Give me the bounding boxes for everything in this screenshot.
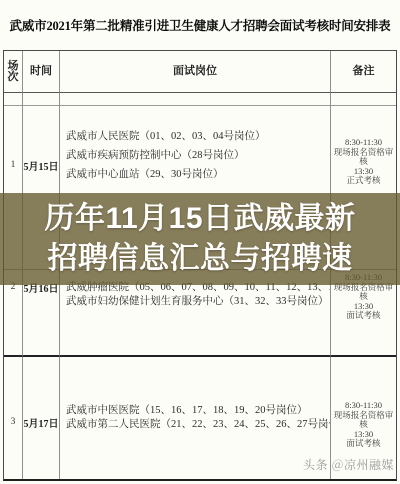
watermark: 头条 ＠凉州融媒 [303,456,394,473]
position-line: 武威市第二人民医院（21、22、23、24、25、26、27号岗位） [66,418,327,432]
position-line: 武威市妇幼保健计划生育服务中心（31、32、33号岗位） [66,295,327,309]
header-session: 场次 [4,51,23,93]
header-time: 时间 [23,51,60,93]
position-line: 武威市中医医院（15、16、17、18、19、20号岗位） [66,404,327,418]
headline-overlay: 历年11月15日武威最新 招聘信息汇总与招聘速 [0,193,400,285]
position-line: 武威市中心血站（29、30号岗位） [66,165,327,184]
spacer-cell [23,93,60,106]
header-remark: 备注 [331,51,396,93]
header-session-label: 场次 [8,61,19,83]
row3-time: 5月17日 [23,357,60,479]
row3-positions: 武威市中医医院（15、16、17、18、19、20号岗位） 武威市第二人民医院（… [60,357,331,479]
remark-line: 现场报名资格审核 [331,283,396,302]
remark-line: 现场报名资格审核 [331,411,396,430]
spacer-cell [60,93,331,106]
position-line: 武威市疾病预防控制中心（28号岗位） [66,146,327,165]
position-line: 武威市人民医院（01、02、03、04号岗位） [66,127,327,146]
headline-line1: 历年11月15日武威最新 [44,199,355,239]
remark-line: 正式考核 [331,176,396,186]
document-title: 武威市2021年第二批精准引进卫生健康人才招聘会面试考核时间安排表 [0,0,400,50]
remark-line: 现场报名资格审核 [331,148,396,167]
spacer-cell [331,93,396,106]
headline-line2: 招聘信息汇总与招聘速 [48,239,353,279]
row3-session: 3 [4,357,23,479]
remark-line: 面试考核 [331,311,396,321]
remark-line: 面试考核 [331,439,396,449]
spacer-cell [4,93,23,106]
page: 武威市2021年第二批精准引进卫生健康人才招聘会面试考核时间安排表 场次 时间 … [0,0,400,484]
header-position: 面试岗位 [60,51,331,93]
